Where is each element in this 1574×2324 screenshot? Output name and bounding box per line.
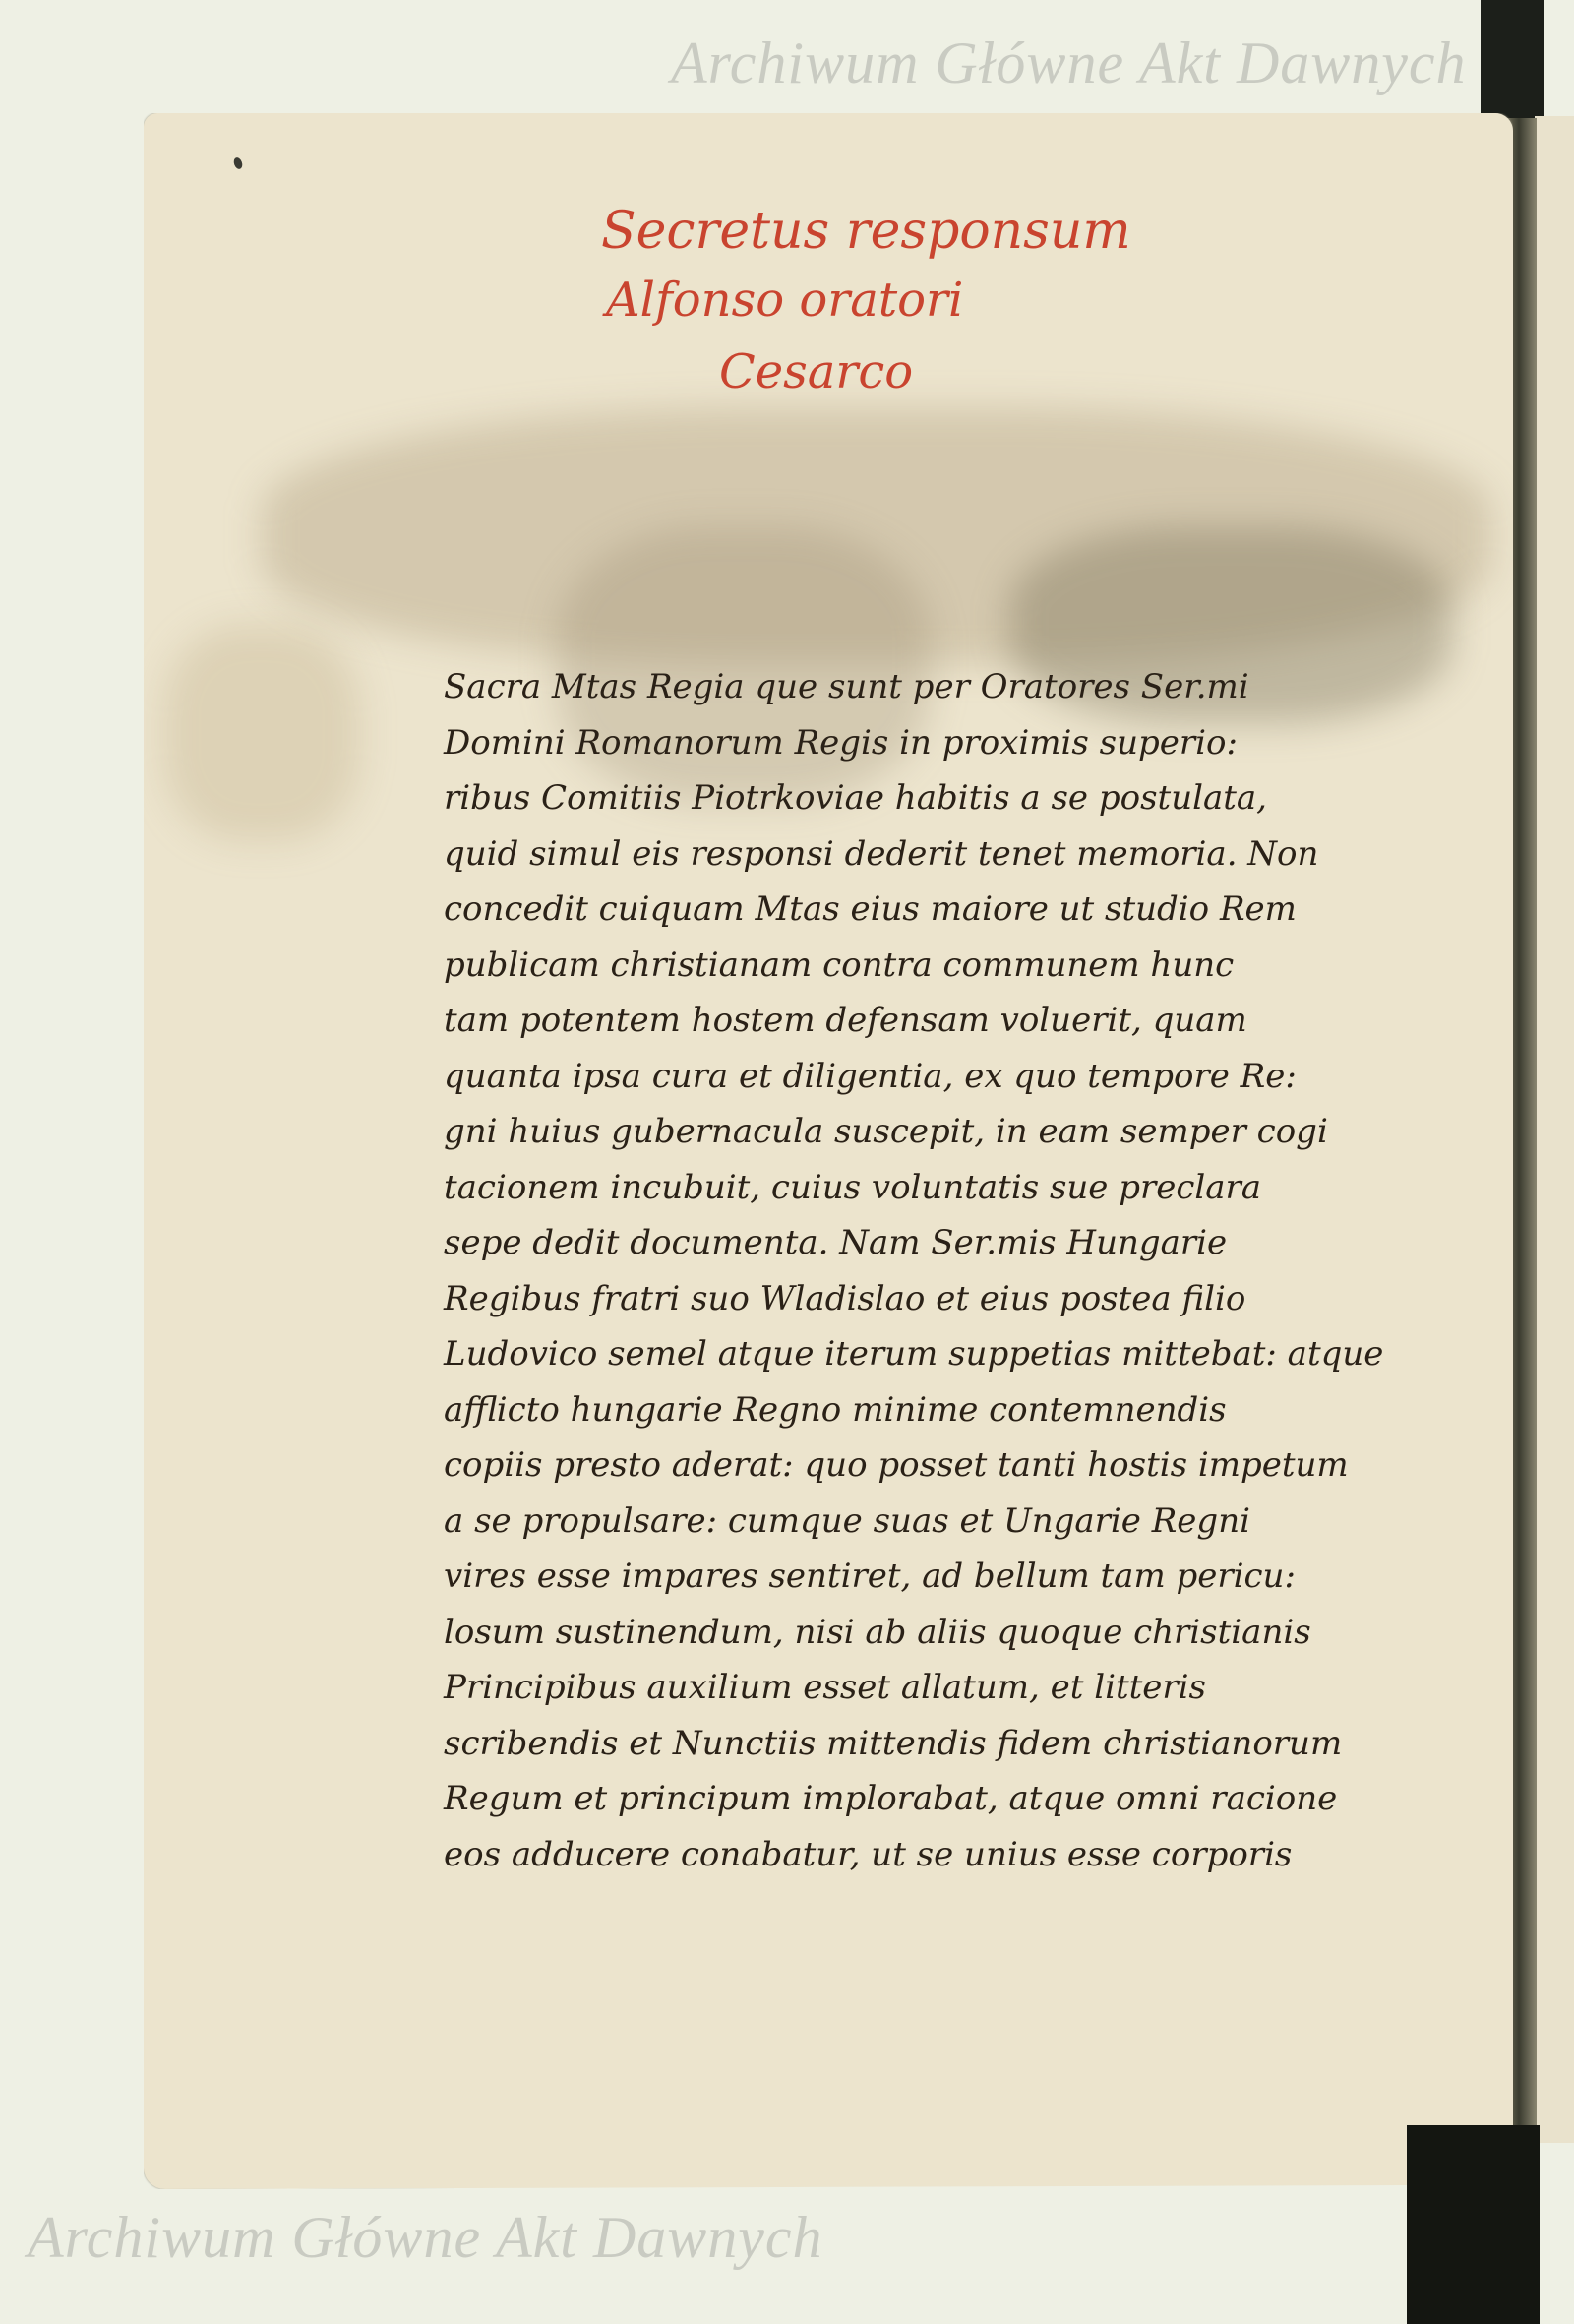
ink-spot [232, 156, 244, 170]
text-line: afflicto hungarie Regno minime contemnen… [444, 1382, 1427, 1438]
text-line: tam potentem hostem defensam voluerit, q… [444, 993, 1427, 1049]
text-line: sepe dedit documenta. Nam Ser.mis Hungar… [444, 1215, 1427, 1271]
text-line: gni huius gubernacula suscepit, in eam s… [444, 1104, 1427, 1160]
text-line: quid simul eis responsi dederit tenet me… [444, 826, 1427, 883]
heading-line-2: Alfonso oratori [606, 273, 963, 328]
manuscript-body: Sacra Mtas Regia que sunt per Oratores S… [444, 659, 1427, 1882]
text-line: eos adducere conabatur, ut se unius esse… [444, 1827, 1427, 1883]
text-line: Regum et principum implorabat, atque omn… [444, 1771, 1427, 1827]
archive-watermark-top: Archiwum Główne Akt Dawnych [671, 30, 1467, 97]
heading-line-3: Cesarco [719, 344, 913, 399]
text-line: Ludovico semel atque iterum suppetias mi… [444, 1326, 1427, 1382]
text-line: Domini Romanorum Regis in proximis super… [444, 715, 1427, 771]
facing-page-edge [1535, 116, 1574, 2143]
text-line: publicam christianam contra communem hun… [444, 938, 1427, 994]
binding-strip-top [1481, 0, 1544, 123]
text-line: Regibus fratri suo Wladislao et eius pos… [444, 1271, 1427, 1327]
text-line: Principibus auxilium esset allatum, et l… [444, 1660, 1427, 1716]
text-line: vires esse impares sentiret, ad bellum t… [444, 1549, 1427, 1605]
water-stain [163, 625, 360, 841]
text-line: a se propulsare: cumque suas et Ungarie … [444, 1494, 1427, 1550]
text-line: losum sustinendum, nisi ab aliis quoque … [444, 1605, 1427, 1661]
heading-line-1: Secretus responsum [601, 202, 1131, 261]
text-line: copiis presto aderat: quo posset tanti h… [444, 1437, 1427, 1494]
text-line: concedit cuiquam Mtas eius maiore ut stu… [444, 882, 1427, 938]
text-line: tacionem incubuit, cuius voluntatis sue … [444, 1160, 1427, 1216]
text-line: Sacra Mtas Regia que sunt per Oratores S… [444, 659, 1427, 715]
text-line: ribus Comitiis Piotrkoviae habitis a se … [444, 770, 1427, 826]
manuscript-page: Secretus responsum Alfonso oratori Cesar… [144, 113, 1513, 2189]
archive-watermark-bottom: Archiwum Główne Akt Dawnych [28, 2204, 823, 2272]
text-line: quanta ipsa cura et diligentia, ex quo t… [444, 1049, 1427, 1105]
text-line: scribendis et Nunctiis mittendis fidem c… [444, 1716, 1427, 1772]
binding-strip-bottom [1407, 2125, 1540, 2324]
